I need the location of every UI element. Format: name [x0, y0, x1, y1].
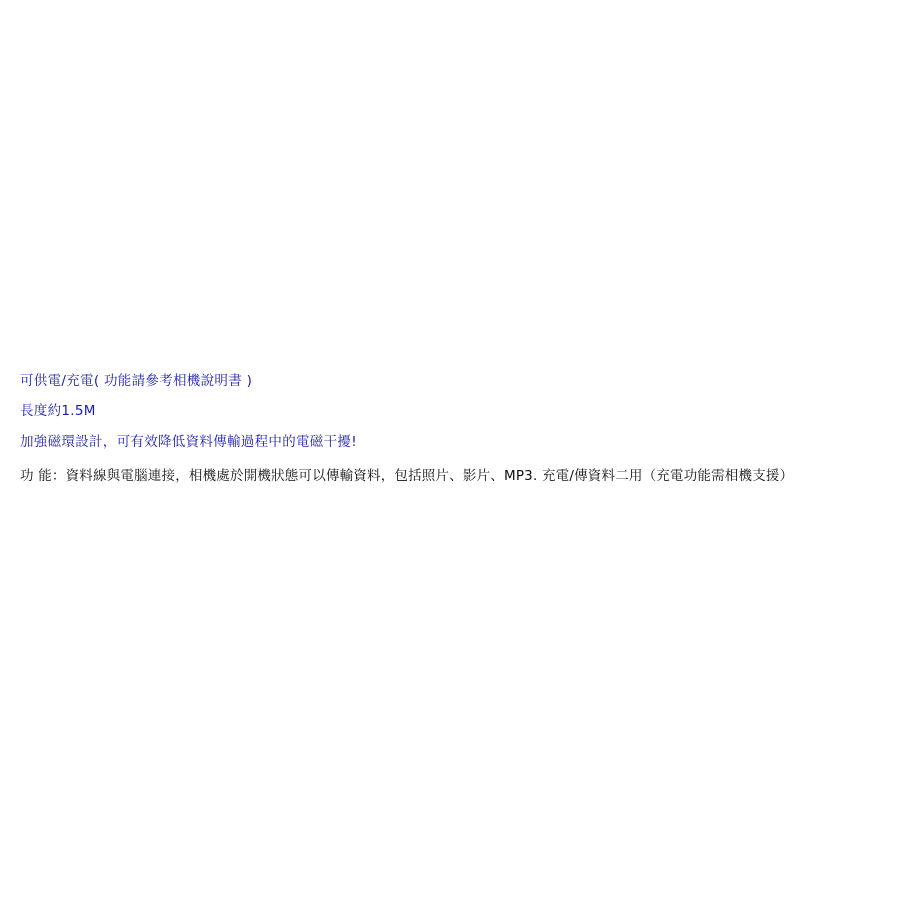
magnetic-ring-feature: 加強磁環設計，可有效降低資料傳輸過程中的電磁干擾!	[20, 434, 895, 450]
product-description-page: 可供電/充電( 功能請參考相機說明書 ) 長度約1.5M 加強磁環設計，可有效降…	[0, 0, 919, 919]
cable-length: 長度約1.5M	[20, 403, 895, 419]
function-description: 功 能：資料線與電腦連接，相機處於開機狀態可以傳輸資料，包括照片、影片、MP3.…	[20, 468, 895, 484]
product-description: 可供電/充電( 功能請參考相機說明書 ) 長度約1.5M 加強磁環設計，可有效降…	[20, 370, 895, 484]
power-charging-note: 可供電/充電( 功能請參考相機說明書 )	[20, 373, 895, 389]
